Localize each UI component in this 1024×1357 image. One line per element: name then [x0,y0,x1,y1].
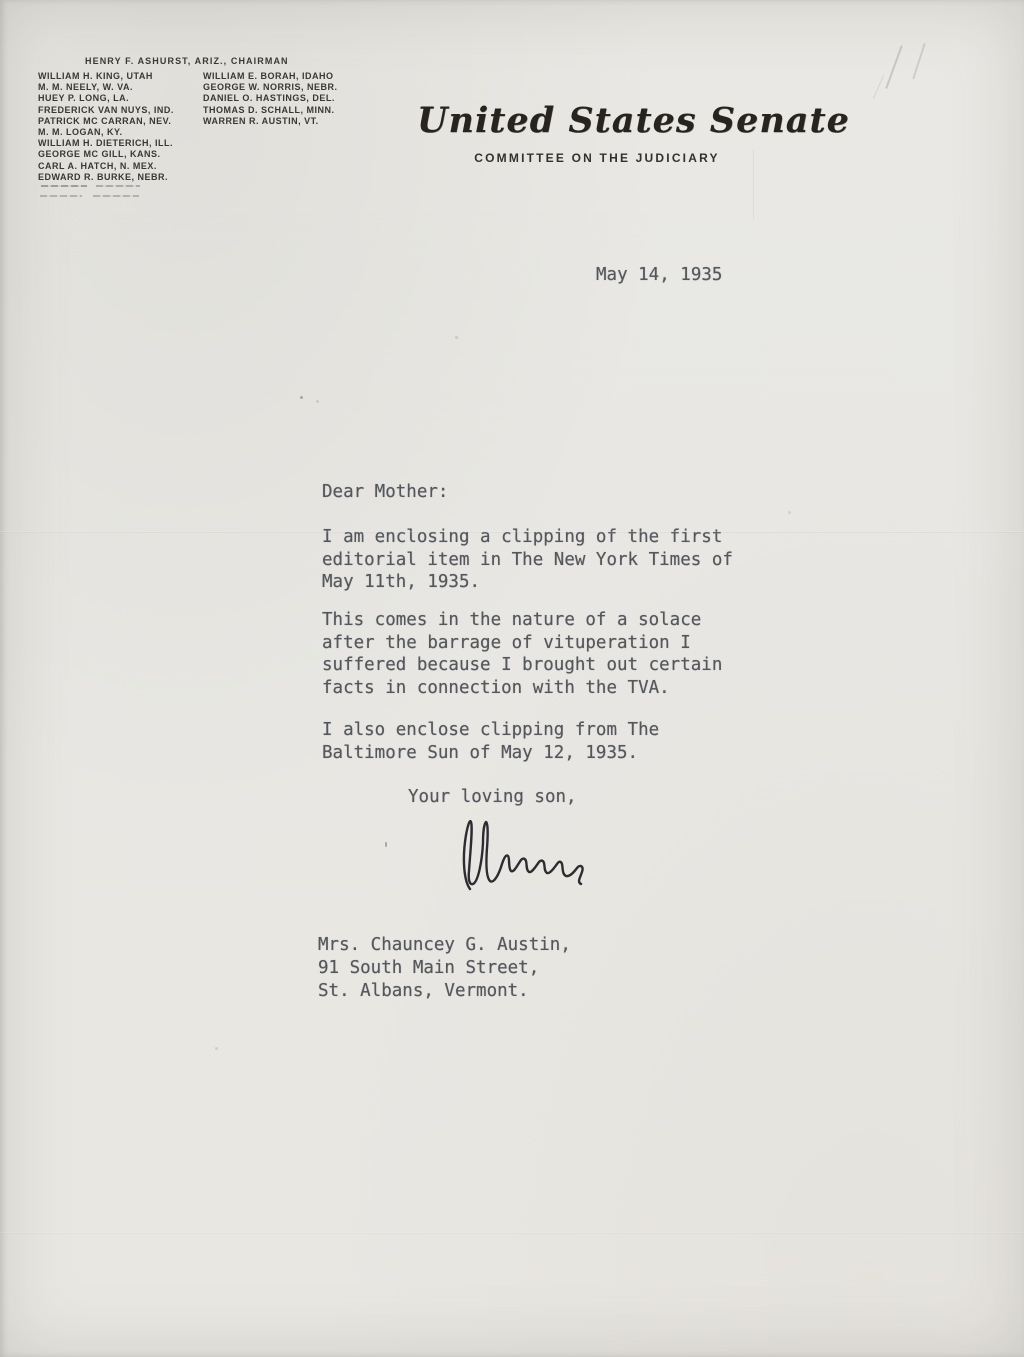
member-name: M. M. LOGAN, KY. [38,127,174,138]
pencil-mark [912,43,925,80]
fold-crease [0,531,1024,533]
dust-speck [455,336,458,339]
member-name: CARL A. HATCH, N. MEX. [38,161,174,172]
faded-clerk-line [93,195,139,197]
member-name: GEORGE W. NORRIS, NEBR. [203,82,338,93]
member-name: WILLIAM H. DIETERICH, ILL. [38,138,174,149]
chairman-line: HENRY F. ASHURST, ARIZ., CHAIRMAN [85,56,289,67]
member-name: WILLIAM E. BORAH, IDAHO [203,71,338,82]
faded-clerk-line [96,185,140,187]
recipient-address-line: St. Albans, Vermont. [318,980,529,1003]
fold-crease [0,1232,1024,1234]
member-name: PATRICK MC CARRAN, NEV. [38,116,174,127]
date-line: May 14, 1935 [596,264,722,287]
member-name: GEORGE MC GILL, KANS. [38,149,174,160]
pencil-mark [873,75,885,99]
member-name: WARREN R. AUSTIN, VT. [203,116,338,127]
letter-page: HENRY F. ASHURST, ARIZ., CHAIRMAN WILLIA… [0,0,1024,1357]
dust-speck [788,511,791,514]
member-name: DANIEL O. HASTINGS, DEL. [203,93,338,104]
paragraph: I am enclosing a clipping of the first e… [322,526,733,594]
scan-crease [753,150,754,220]
member-name: FREDERICK VAN NUYS, IND. [38,105,174,116]
faded-clerk-line [41,185,87,187]
salutation: Dear Mother: [322,481,448,504]
paragraph: I also enclose clipping from The Baltimo… [322,719,659,764]
senate-title: United States Senate [417,100,777,141]
committee-subtitle: COMMITTEE ON THE JUDICIARY [417,151,777,165]
member-name: THOMAS D. SCHALL, MINN. [203,105,338,116]
faded-clerk-line [40,195,82,197]
recipient-address-line: 91 South Main Street, [318,957,539,980]
member-name: WILLIAM H. KING, UTAH [38,71,174,82]
dust-speck [316,400,319,403]
paragraph: This comes in the nature of a solace aft… [322,609,722,699]
members-left-column: WILLIAM H. KING, UTAH M. M. NEELY, W. VA… [38,71,174,183]
dust-speck [215,1047,218,1050]
recipient-address-line: Mrs. Chauncey G. Austin, [318,934,571,957]
member-name: HUEY P. LONG, LA. [38,93,174,104]
closing: Your loving son, [408,786,577,809]
dust-speck [300,396,303,399]
ink-speck [385,842,387,847]
member-name: EDWARD R. BURKE, NEBR. [38,172,174,183]
members-right-column: WILLIAM E. BORAH, IDAHO GEORGE W. NORRIS… [203,71,338,127]
member-name: M. M. NEELY, W. VA. [38,82,174,93]
pencil-mark [885,45,902,89]
signature-warren [456,813,596,899]
